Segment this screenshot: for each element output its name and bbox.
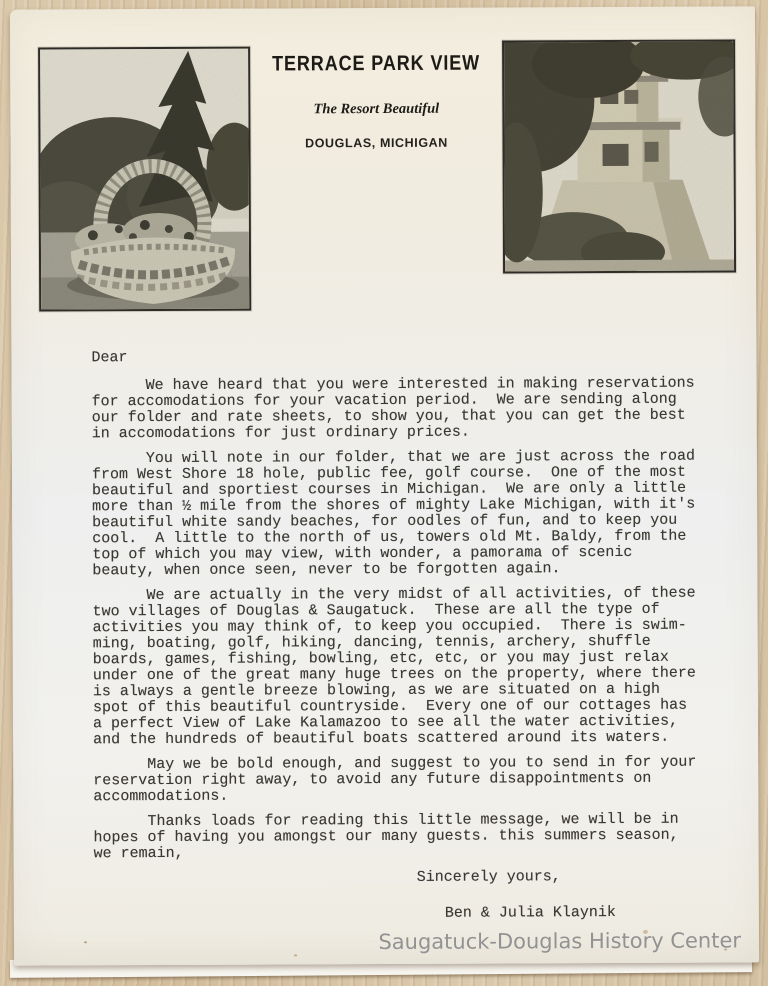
letter-page: TERRACE PARK VIEW The Resort Beautiful D… [10, 6, 759, 965]
letter-body: Dear We have heard that you were interes… [91, 348, 721, 924]
paragraph-5: Thanks loads for reading this little mes… [93, 812, 721, 863]
closing: Sincerely yours, [417, 869, 722, 886]
tower-illustration [504, 41, 734, 271]
letterhead: TERRACE PARK VIEW The Resort Beautiful D… [250, 7, 502, 8]
signature: Ben & Julia Klaynik [445, 905, 722, 922]
desk-background: TERRACE PARK VIEW The Resort Beautiful D… [0, 0, 768, 986]
salutation: Dear [91, 348, 719, 367]
tower-photo [502, 39, 736, 273]
resort-subtitle: The Resort Beautiful [250, 100, 502, 118]
paragraph-4: May we be bold enough, and suggest to yo… [93, 755, 721, 806]
resort-location: DOUGLAS, MICHIGAN [250, 135, 502, 150]
paragraph-2: You will note in our folder, that we are… [92, 449, 721, 580]
resort-title: TERRACE PARK VIEW [250, 51, 502, 76]
paper-stain-specks [84, 941, 87, 943]
paragraph-1: We have heard that you were interested i… [92, 376, 720, 443]
archive-watermark: Saugatuck-Douglas History Center [378, 928, 741, 954]
basket-planter-illustration [40, 49, 249, 310]
paragraph-3: We are actually in the very midst of all… [92, 586, 721, 749]
basket-planter-photo [38, 47, 251, 312]
